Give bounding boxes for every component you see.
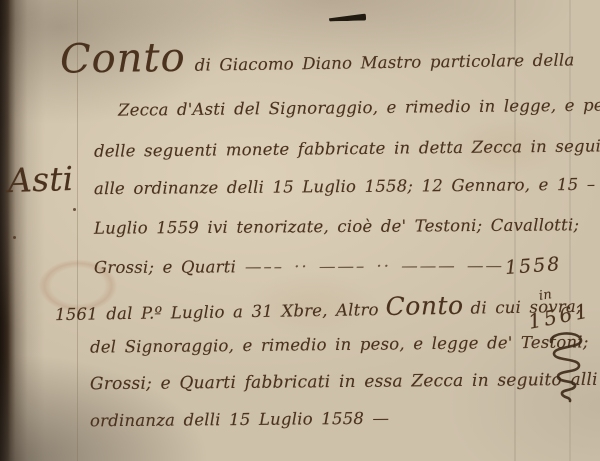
manuscript-line-2: Zecca d'Asti del Signoraggio, e rimedio … bbox=[118, 95, 600, 119]
manuscript-line-5: Luglio 1559 ivi tenorizate, cioè de' Tes… bbox=[94, 215, 579, 237]
line7-conto: Conto bbox=[385, 291, 463, 321]
binding-edge bbox=[0, 0, 10, 461]
manuscript-line-10: ordinanza delli 15 Luglio 1558 — bbox=[90, 409, 389, 431]
margin-year-start: 1558 bbox=[504, 253, 562, 279]
margin-note-asti: Asti bbox=[7, 159, 74, 200]
dash-filler: —–– ·· ——– ·· ——— —— bbox=[245, 256, 504, 276]
manuscript-line-1: Conto di Giacomo Diano Mastro particolar… bbox=[60, 32, 575, 79]
title-word-conto: Conto bbox=[60, 38, 186, 80]
ink-dot-1 bbox=[73, 208, 76, 211]
manuscript-line-3: delle seguenti monete fabbricate in dett… bbox=[94, 136, 600, 160]
ink-dot-2 bbox=[13, 236, 16, 239]
manuscript-page: Asti Conto di Giacomo Diano Mastro parti… bbox=[0, 0, 600, 461]
spiral-flourish-icon bbox=[545, 328, 587, 403]
manuscript-line-6: Grossi; e Quarti —–– ·· ——– ·· ——— —— bbox=[94, 256, 490, 277]
manuscript-line-8: del Signoraggio, e rimedio in peso, e le… bbox=[90, 332, 589, 356]
manuscript-line-9: Grossi; e Quarti fabbricati in essa Zecc… bbox=[90, 370, 598, 394]
margin-year-in: in bbox=[538, 287, 553, 304]
line7-pre: 1561 dal P.º Luglio a 31 Xbre, Altro bbox=[55, 300, 379, 324]
manuscript-line-4: alle ordinanze delli 15 Luglio 1558; 12 … bbox=[94, 175, 595, 198]
heading-dash-mark bbox=[329, 14, 366, 22]
manuscript-line-7: 1561 dal P.º Luglio a 31 Xbre, Altro Con… bbox=[55, 289, 582, 326]
line1-rest: di Giacomo Diano Mastro particolare dell… bbox=[195, 50, 575, 74]
line6-words: Grossi; e Quarti bbox=[94, 257, 236, 277]
